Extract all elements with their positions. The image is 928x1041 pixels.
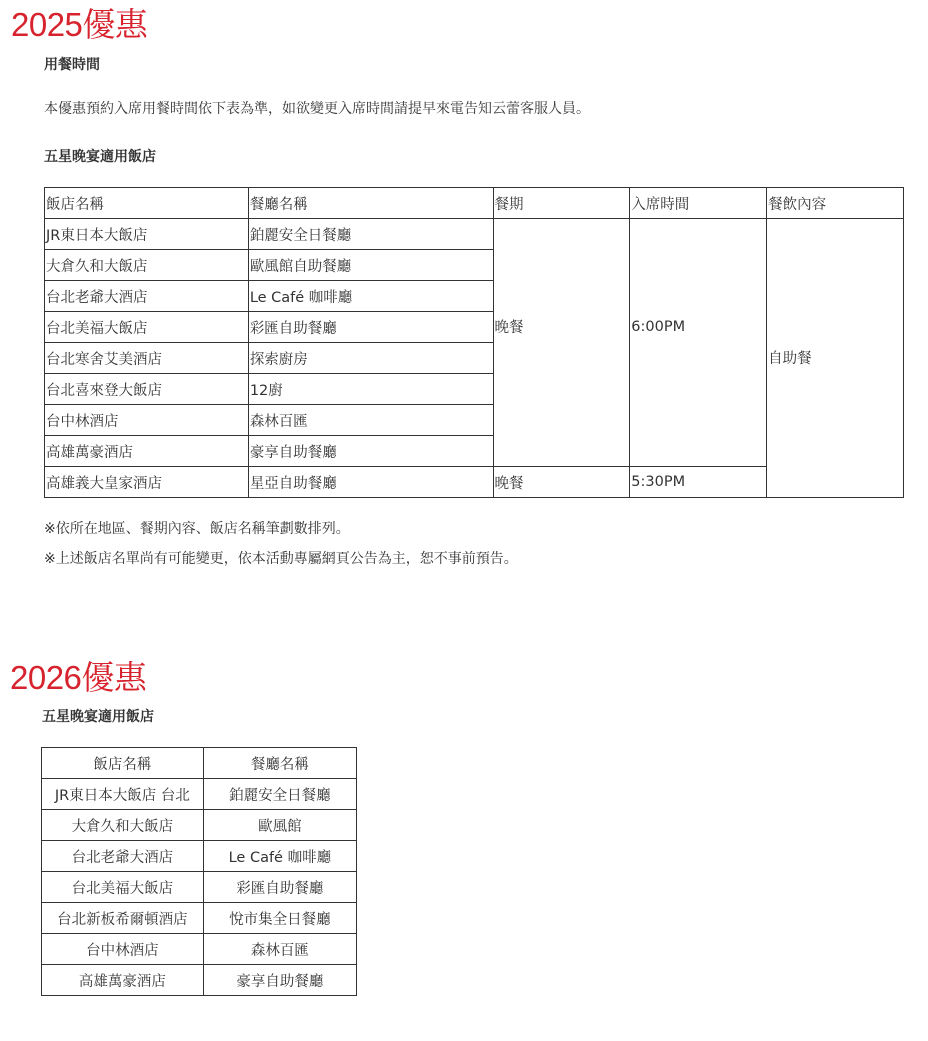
seating-time: 6:00PM <box>630 219 767 467</box>
restaurant-name: Le Café 咖啡廳 <box>203 841 356 872</box>
table-row: 高雄萬豪酒店 豪享自助餐廳 <box>42 965 357 996</box>
meal-content-text: 自助餐 <box>768 351 812 367</box>
section-title-2026: 2026優惠 <box>10 661 146 694</box>
hotel-name: 高雄萬豪酒店 <box>45 436 249 467</box>
column-header-meal-period: 餐期 <box>493 188 630 219</box>
hotel-name: 台北老爺大酒店 <box>45 281 249 312</box>
dining-time-heading: 用餐時間 <box>44 58 100 72</box>
restaurant-name: 森林百匯 <box>248 405 493 436</box>
restaurant-name: 12廚 <box>248 374 493 405</box>
column-header-meal-content: 餐飲內容 <box>767 188 904 219</box>
column-header-hotel: 飯店名稱 <box>45 188 249 219</box>
hotel-name: 台北喜來登大飯店 <box>45 374 249 405</box>
table-row: 台北新板希爾頓酒店 悅市集全日餐廳 <box>42 903 357 934</box>
table-row: JR東日本大飯店 鉑麗安全日餐廳 晚餐 6:00PM 自助餐 <box>45 219 904 250</box>
restaurant-name: 鉑麗安全日餐廳 <box>203 779 356 810</box>
hotel-name: 台北美福大飯店 <box>42 872 204 903</box>
restaurant-name: 悅市集全日餐廳 <box>203 903 356 934</box>
hotel-name: 台中林酒店 <box>45 405 249 436</box>
restaurant-name: 彩匯自助餐廳 <box>203 872 356 903</box>
restaurant-name: 鉑麗安全日餐廳 <box>248 219 493 250</box>
hotel-name: 台北新板希爾頓酒店 <box>42 903 204 934</box>
table-row: 台北老爺大酒店 Le Café 咖啡廳 <box>42 841 357 872</box>
restaurant-name: Le Café 咖啡廳 <box>248 281 493 312</box>
column-header-restaurant: 餐廳名稱 <box>248 188 493 219</box>
column-header-restaurant: 餐廳名稱 <box>203 748 356 779</box>
meal-period: 晚餐 <box>493 467 630 498</box>
section-title-2025: 2025優惠 <box>11 8 147 41</box>
restaurant-name: 星亞自助餐廳 <box>248 467 493 498</box>
hotel-name: 台北美福大飯店 <box>45 312 249 343</box>
column-header-seating-time: 入席時間 <box>630 188 767 219</box>
hotel-name: 台北老爺大酒店 <box>42 841 204 872</box>
hotels-heading-2025: 五星晚宴適用飯店 <box>44 150 156 164</box>
hotel-name: 大倉久和大飯店 <box>45 250 249 281</box>
table-row: 大倉久和大飯店 歐風館 <box>42 810 357 841</box>
hotel-name: 高雄萬豪酒店 <box>42 965 204 996</box>
table-header-row: 飯店名稱 餐廳名稱 餐期 入席時間 餐飲內容 <box>45 188 904 219</box>
hotel-name: 大倉久和大飯店 <box>42 810 204 841</box>
restaurant-name: 歐風館 <box>203 810 356 841</box>
meal-content: 自助餐 <box>767 219 904 498</box>
restaurant-name: 豪享自助餐廳 <box>248 436 493 467</box>
hotel-name: 台北寒舍艾美酒店 <box>45 343 249 374</box>
table-row: 台北美福大飯店 彩匯自助餐廳 <box>42 872 357 903</box>
column-header-hotel: 飯店名稱 <box>42 748 204 779</box>
hotel-table-2026: 飯店名稱 餐廳名稱 JR東日本大飯店 台北 鉑麗安全日餐廳 大倉久和大飯店 歐風… <box>41 747 357 996</box>
restaurant-name: 彩匯自助餐廳 <box>248 312 493 343</box>
restaurant-name: 森林百匯 <box>203 934 356 965</box>
meal-period-text: 晚餐 <box>495 320 524 336</box>
note-sort-order: ※依所在地區、餐期內容、飯店名稱筆劃數排列。 <box>44 522 350 536</box>
seating-time-text: 6:00PM <box>631 319 685 335</box>
hotel-name: JR東日本大飯店 <box>45 219 249 250</box>
restaurant-name: 歐風館自助餐廳 <box>248 250 493 281</box>
hotel-name: 台中林酒店 <box>42 934 204 965</box>
hotels-heading-2026: 五星晚宴適用飯店 <box>42 710 154 724</box>
hotel-name: JR東日本大飯店 台北 <box>42 779 204 810</box>
note-list-may-change: ※上述飯店名單尚有可能變更，依本活動專屬網頁公告為主，恕不事前預告。 <box>44 552 518 566</box>
restaurant-name: 豪享自助餐廳 <box>203 965 356 996</box>
table-header-row: 飯店名稱 餐廳名稱 <box>42 748 357 779</box>
restaurant-name: 探索廚房 <box>248 343 493 374</box>
dining-time-text: 本優惠預約入席用餐時間依下表為準，如欲變更入席時間請提早來電告知云蕾客服人員。 <box>44 102 590 116</box>
seating-time: 5:30PM <box>630 467 767 498</box>
table-row: JR東日本大飯店 台北 鉑麗安全日餐廳 <box>42 779 357 810</box>
table-row: 台中林酒店 森林百匯 <box>42 934 357 965</box>
hotel-table-2025: 飯店名稱 餐廳名稱 餐期 入席時間 餐飲內容 JR東日本大飯店 鉑麗安全日餐廳 … <box>44 187 904 498</box>
meal-period: 晚餐 <box>493 219 630 467</box>
hotel-name: 高雄義大皇家酒店 <box>45 467 249 498</box>
